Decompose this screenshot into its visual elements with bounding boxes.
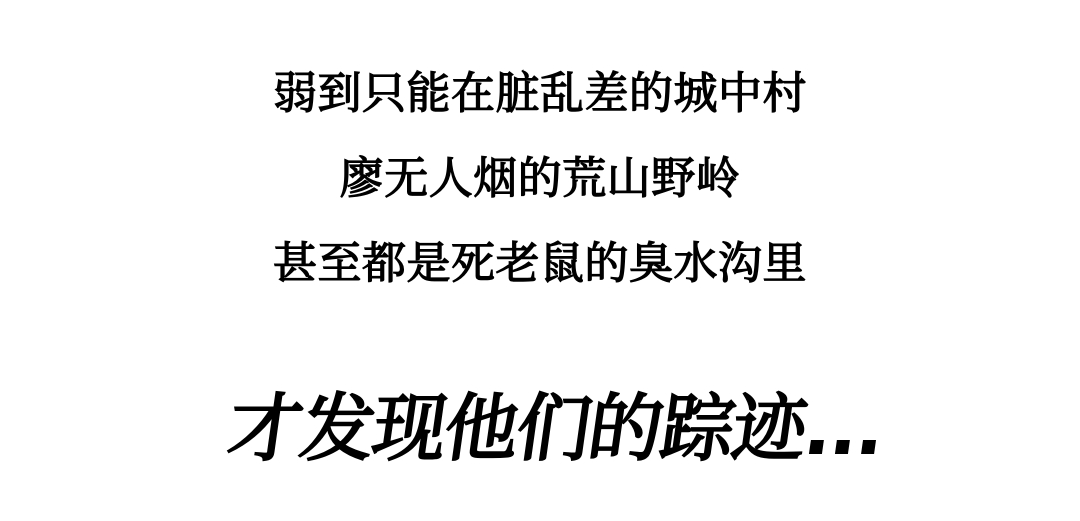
emphasis-line: 才发现他们的踪迹... <box>11 392 1080 466</box>
text-slide: 弱到只能在脏乱差的城中村 廖无人烟的荒山野岭 甚至都是死老鼠的臭水沟里 才发现他… <box>0 0 1080 521</box>
headline-line-3: 甚至都是死老鼠的臭水沟里 <box>0 242 1080 286</box>
headline-line-1: 弱到只能在脏乱差的城中村 <box>0 72 1080 116</box>
headline-line-2: 廖无人烟的荒山野岭 <box>0 157 1080 201</box>
